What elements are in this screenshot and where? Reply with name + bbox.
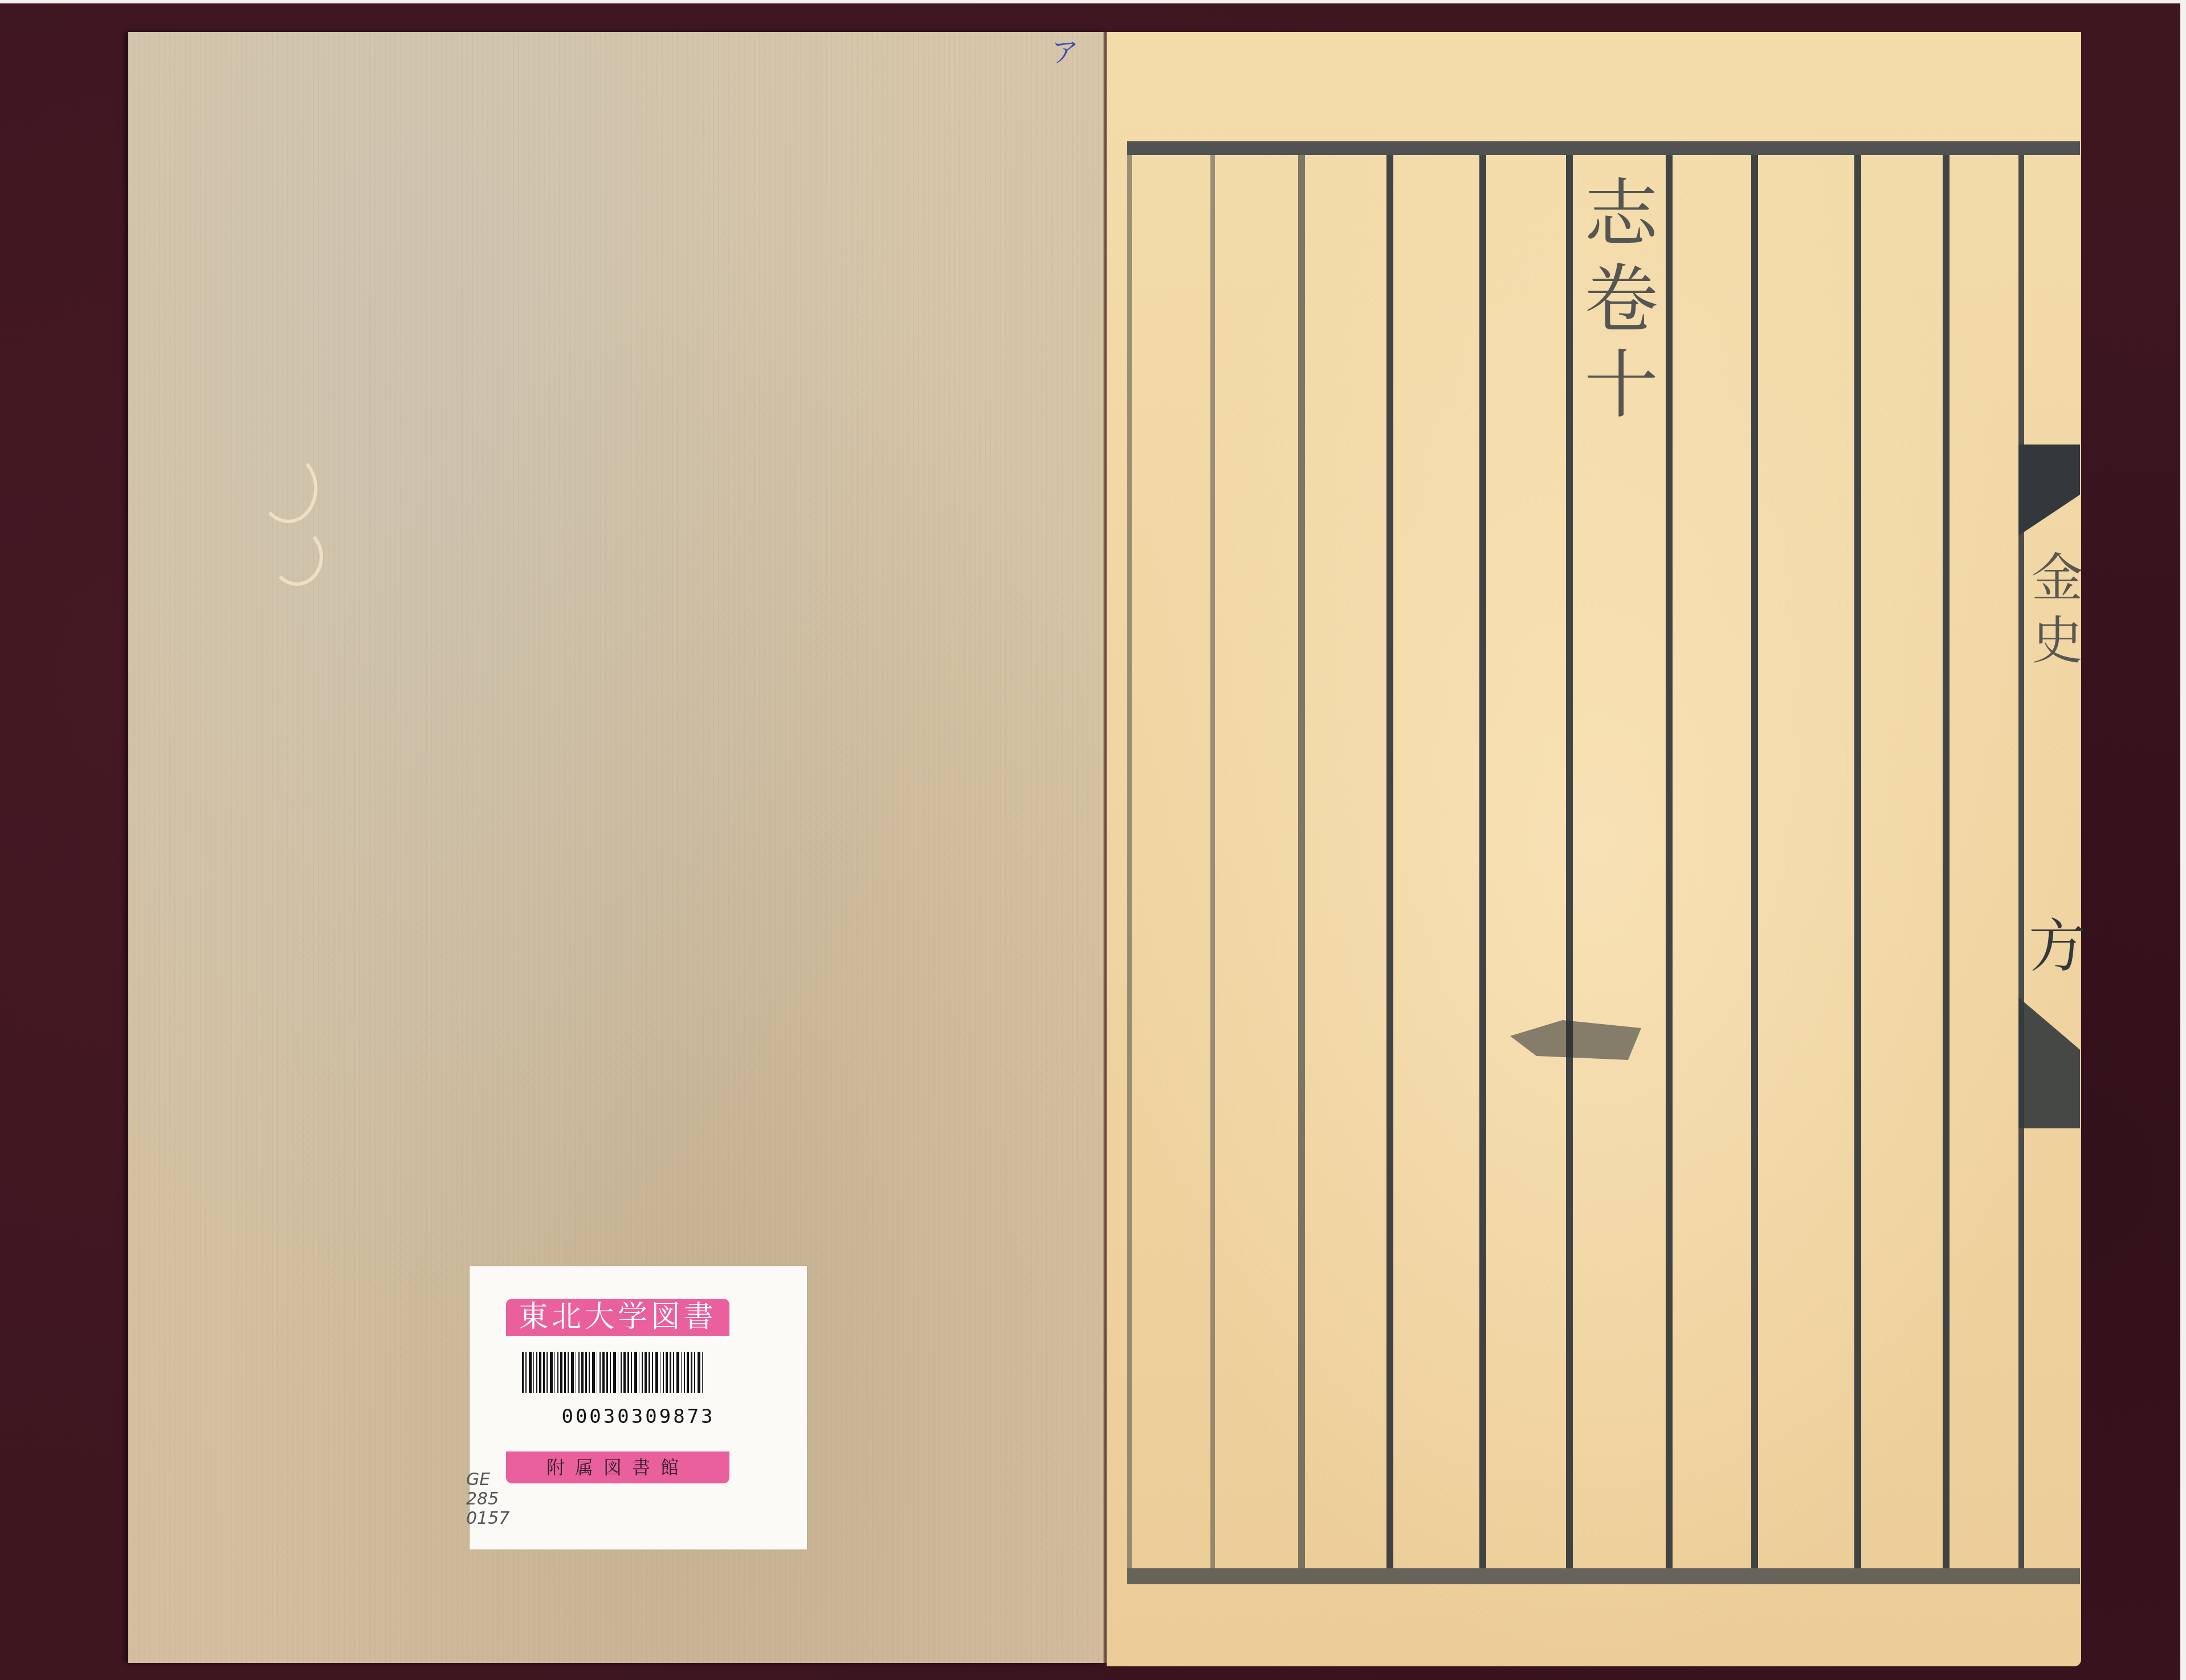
paper-stain [259,454,317,523]
call-number-line: 0157 [466,1509,512,1528]
label-header: 東北大学図書 [506,1299,729,1336]
fold-margin-title: 金史 [2032,547,2077,672]
column-rule [1386,155,1393,1568]
call-number-line: GE [466,1470,512,1490]
barcode-icon [522,1352,704,1393]
label-footer: 附属図書館 [506,1451,729,1483]
column-rule [1666,155,1673,1568]
column-rule [1566,155,1573,1568]
column-rule [1210,155,1215,1568]
frame-top-border [1127,141,2080,155]
frame-bottom-border [1127,1568,2080,1584]
column-rule [1854,155,1861,1568]
barcode-number: 00030309873 [470,1405,807,1428]
call-number-line: 285 [466,1490,512,1509]
chapter-title: 志卷十 [1579,171,1664,427]
handwritten-mark: ア [1051,39,1079,66]
column-rule [1943,155,1950,1568]
column-rule [1751,155,1758,1568]
column-rule [1479,155,1486,1568]
call-number: GE 285 0157 [466,1470,512,1528]
column-rule [1298,155,1305,1568]
fold-margin-char: 方 [2029,900,2086,982]
column-rule [1127,155,1132,1568]
paper-stain [271,528,323,586]
library-barcode-label: 東北大学図書 00030309873 附属図書館 [470,1266,807,1549]
frame-right-border [2018,155,2024,1568]
scan-right-edge [2180,0,2186,1680]
